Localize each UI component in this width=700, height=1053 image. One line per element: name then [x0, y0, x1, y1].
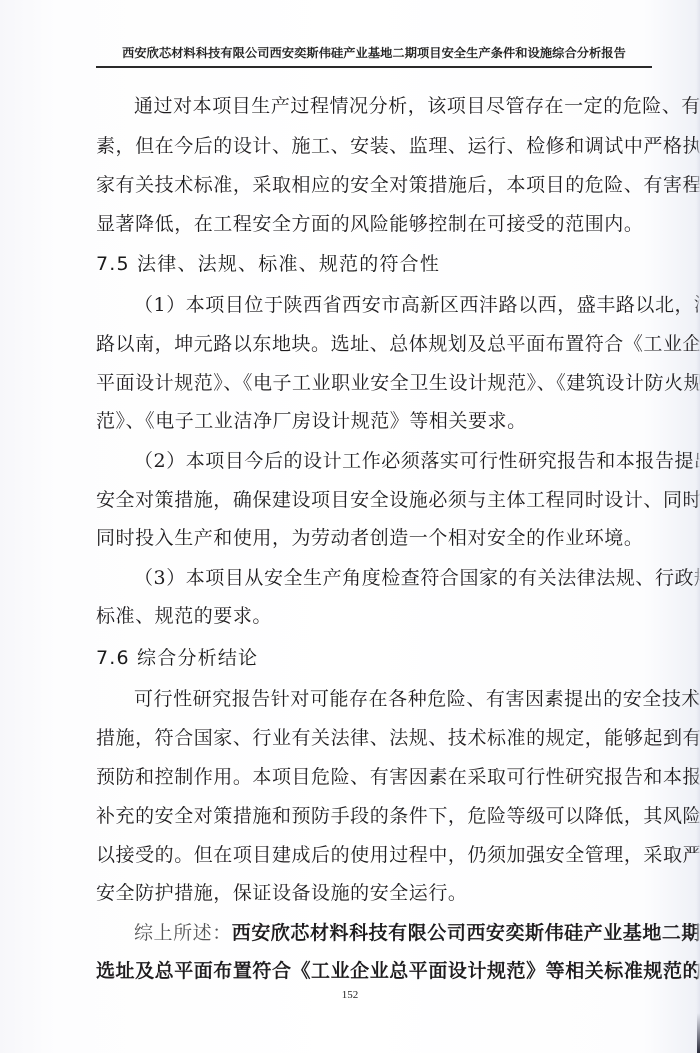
conclusion-line-4: 补充的安全对策措施和预防手段的条件下，危险等级可以降低，其风险是可 [96, 805, 652, 827]
section-heading-7-6: 7.6 综合分析结论 [96, 647, 652, 669]
summary-line-2: 选址及总平面布置符合《工业企业总平面设计规范》等相关标准规范的要求， [96, 960, 652, 982]
page-number: 152 [330, 989, 370, 1001]
item-3-line-2: 标准、规范的要求。 [96, 605, 652, 627]
intro-line-1: 通过对本项目生产过程情况分析，该项目尽管存在一定的危险、有害因 [134, 95, 652, 117]
section-heading-7-5: 7.5 法律、法规、标准、规范的符合性 [96, 253, 652, 275]
running-header: 西安欣芯材料科技有限公司西安奕斯伟硅产业基地二期项目安全生产条件和设施综合分析报… [96, 44, 652, 61]
document-page: 西安欣芯材料科技有限公司西安奕斯伟硅产业基地二期项目安全生产条件和设施综合分析报… [0, 0, 700, 1053]
conclusion-line-2: 措施，符合国家、行业有关法律、法规、技术标准的规定，能够起到有效的 [96, 727, 652, 749]
conclusion-line-1: 可行性研究报告针对可能存在各种危险、有害因素提出的安全技术对策 [134, 688, 652, 710]
header-rule [96, 66, 652, 68]
item-1-line-1: （1）本项目位于陕西省西安市高新区西沣路以西，盛丰路以北，润丰 [134, 294, 652, 316]
item-1-line-3: 平面设计规范》、《电子工业职业安全卫生设计规范》、《建筑设计防火规 [96, 372, 652, 394]
item-2-line-1: （2）本项目今后的设计工作必须落实可行性研究报告和本报告提出的 [134, 450, 652, 472]
page-edge-shadow [696, 0, 700, 1053]
intro-line-2: 素，但在今后的设计、施工、安装、监理、运行、检修和调试中严格执行国 [96, 135, 652, 157]
item-2-line-3: 同时投入生产和使用，为劳动者创造一个相对安全的作业环境。 [96, 527, 652, 549]
conclusion-line-6: 安全防护措施，保证设备设施的安全运行。 [96, 882, 652, 904]
summary-line-1: 综上所述：西安欣芯材料科技有限公司西安奕斯伟硅产业基地二期项目 [134, 922, 652, 944]
item-1-line-4: 范》、《电子工业洁净厂房设计规范》等相关要求。 [96, 410, 652, 432]
conclusion-line-3: 预防和控制作用。本项目危险、有害因素在采取可行性研究报告和本报告所 [96, 766, 652, 788]
summary-prefix: 综上所述： [134, 922, 232, 944]
intro-line-4: 显著降低，在工程安全方面的风险能够控制在可接受的范围内。 [96, 213, 652, 235]
item-3-line-1: （3）本项目从安全生产角度检查符合国家的有关法律法规、行政规章、 [134, 567, 652, 589]
intro-line-3: 家有关技术标准，采取相应的安全对策措施后，本项目的危险、有害程度可 [96, 174, 652, 196]
item-2-line-2: 安全对策措施，确保建设项目安全设施必须与主体工程同时设计、同时施工、 [96, 489, 652, 511]
conclusion-line-5: 以接受的。但在项目建成后的使用过程中，仍须加强安全管理，采取严格的 [96, 844, 652, 866]
item-1-line-2: 路以南，坤元路以东地块。选址、总体规划及总平面布置符合《工业企业总 [96, 333, 652, 355]
summary-company: 西安欣芯材料科技有限公司西安奕斯伟硅产业基地二期项目 [232, 922, 700, 944]
